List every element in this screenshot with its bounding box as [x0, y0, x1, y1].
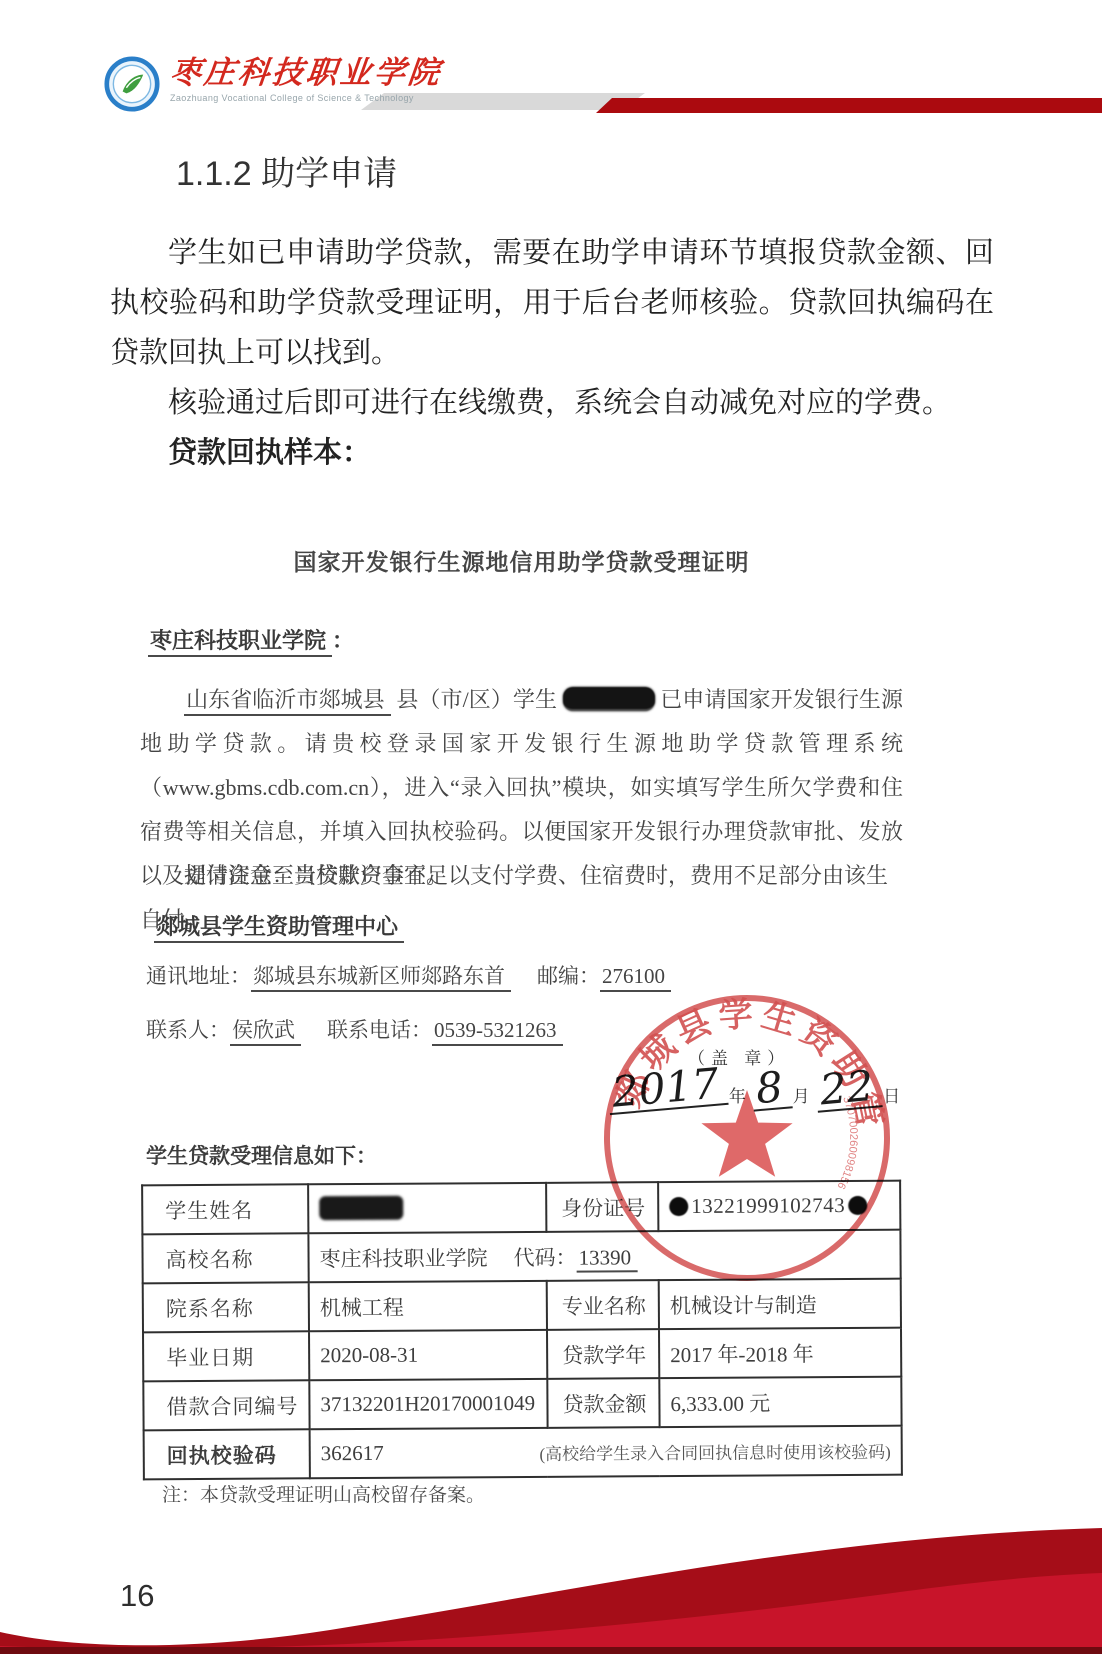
postcode-label: 邮编：	[537, 964, 600, 988]
cell-label: 高校名称	[142, 1233, 308, 1283]
cell-loan-amount: 6,333.00 元	[659, 1377, 901, 1427]
date-month: 8	[750, 1066, 792, 1111]
wave-bottom-strip	[0, 1647, 1102, 1654]
school-name-zh: 枣庄科技职业学院	[168, 56, 444, 90]
school-logo: 枣庄科技职业学院 Zaozhuang Vocational College of…	[104, 56, 442, 112]
code-label: 代码：	[513, 1245, 576, 1269]
cell-loan-year: 2017 年-2018 年	[659, 1328, 901, 1378]
document-page: 枣庄科技职业学院 Zaozhuang Vocational College of…	[0, 0, 1102, 1654]
table-row: 借款合同编号 37132201H20170001049 贷款金额 6,333.0…	[143, 1377, 901, 1431]
date-day: 22	[814, 1065, 883, 1113]
cell-label: 专业名称	[547, 1280, 659, 1330]
phone-label: 联系电话：	[327, 1018, 432, 1042]
cell-label: 贷款学年	[547, 1329, 659, 1379]
school-logo-icon	[104, 56, 160, 112]
address-line: 通讯地址：郯城县东城新区师郯路东首邮编：276100	[146, 960, 903, 990]
receipt-para-mid: 县（市/区）学生	[391, 687, 557, 712]
id-digits: 13221999102743	[688, 1193, 848, 1218]
receipt-salutation-school: 枣庄科技职业学院	[148, 628, 332, 657]
aid-center-name-text: 郯城县学生资助管理中心	[154, 914, 404, 943]
contact-line: 联系人：侯欣武联系电话：0539-5321263	[146, 1014, 903, 1044]
contact-label: 联系人：	[146, 1018, 230, 1042]
receipt-salutation-mark: ：	[332, 628, 354, 653]
page-number: 16	[120, 1578, 154, 1614]
cell-label: 借款合同编号	[143, 1380, 309, 1430]
section-title: 1.1.2 助学申请	[176, 146, 397, 195]
school-name-en: Zaozhuang Vocational College of Science …	[170, 93, 442, 103]
date-day-unit: 日	[883, 1087, 900, 1106]
body-paragraph-2: 核验通过后即可进行在线缴费，系统会自动减免对应的学费。	[110, 378, 994, 428]
handwritten-date: 2017年 8月 22日	[608, 1068, 908, 1110]
cell-label: 毕业日期	[143, 1331, 309, 1381]
cell-school-and-code: 枣庄科技职业学院代码：13390	[308, 1230, 900, 1283]
section-body: 学生如已申请助学贷款，需要在助学申请环节填报贷款金额、回执校验码和助学贷款受理证…	[110, 228, 994, 478]
loan-info-table: 学生姓名 身份证号 13221999102743 高校名称 枣庄科技职业学院代码…	[141, 1180, 903, 1481]
redacted-student-name-inline	[563, 687, 655, 711]
redaction-dot	[669, 1197, 688, 1216]
phone-value: 0539-5321263	[432, 1018, 563, 1046]
table-row: 学生姓名 身份证号 13221999102743	[142, 1181, 900, 1235]
address-label: 通讯地址：	[146, 964, 251, 988]
contact-value: 侯欣武	[230, 1018, 301, 1046]
school-name-value: 枣庄科技职业学院	[319, 1246, 487, 1271]
aid-center-name: 郯城县学生资助管理中心	[154, 910, 903, 941]
date-year-unit: 年	[729, 1087, 746, 1106]
cell-label: 院系名称	[143, 1282, 309, 1332]
loan-receipt-scan: 国家开发银行生源地信用助学贷款受理证明 枣庄科技职业学院： 山东省临沂市郯城县 …	[140, 528, 903, 1523]
redaction-dot	[848, 1196, 867, 1215]
cell-id-number: 13221999102743	[658, 1181, 900, 1231]
date-month-unit: 月	[793, 1087, 810, 1106]
school-logo-text: 枣庄科技职业学院 Zaozhuang Vocational College of…	[170, 56, 442, 103]
cell-department: 机械工程	[309, 1281, 547, 1331]
body-paragraph-1: 学生如已申请助学贷款，需要在助学申请环节填报贷款金额、回执校验码和助学贷款受理证…	[110, 228, 994, 378]
address-value: 郯城县东城新区师郯路东首	[251, 964, 511, 992]
receipt-county: 山东省临沂市郯城县	[184, 687, 391, 716]
cell-label: 贷款金额	[547, 1378, 659, 1428]
cell-student-name	[308, 1183, 546, 1233]
cell-label: 身份证号	[546, 1182, 658, 1232]
date-year: 2017	[606, 1063, 728, 1115]
receipt-salutation: 枣庄科技职业学院：	[148, 624, 903, 655]
red-stripe	[596, 98, 1102, 113]
code-value: 13390	[576, 1245, 637, 1272]
table-intro: 学生贷款受理信息如下：	[146, 1140, 903, 1170]
table-row: 院系名称 机械工程 专业名称 机械设计与制造	[143, 1279, 901, 1333]
sample-label: 贷款回执样本：	[110, 428, 994, 478]
cell-label: 学生姓名	[142, 1184, 308, 1234]
receipt-title: 国家开发银行生源地信用助学贷款受理证明	[140, 544, 903, 577]
cell-graduation-date: 2020-08-31	[309, 1330, 547, 1380]
cell-contract-number: 37132201H20170001049	[309, 1379, 547, 1429]
redacted-student-name	[319, 1196, 403, 1221]
table-row: 高校名称 枣庄科技职业学院代码：13390	[142, 1230, 900, 1284]
footer-red-wave	[0, 1454, 1102, 1654]
table-row: 毕业日期 2020-08-31 贷款学年 2017 年-2018 年	[143, 1328, 901, 1382]
postcode-value: 276100	[600, 964, 671, 992]
cell-major: 机械设计与制造	[659, 1279, 901, 1329]
